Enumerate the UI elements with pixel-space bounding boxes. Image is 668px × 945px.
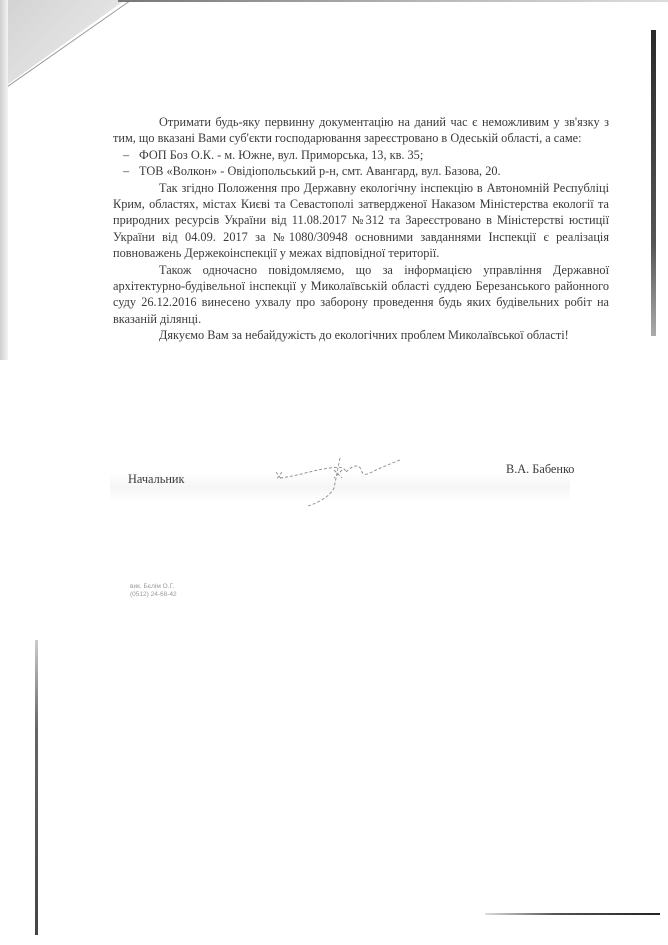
dash-bullet: – (123, 163, 129, 179)
scan-edge-top (118, 0, 668, 2)
scan-edge-right (651, 30, 656, 336)
signatory-title: Начальник (128, 472, 184, 487)
handwritten-signature-icon (268, 450, 408, 510)
list-item: – ФОП Боз О.К. - м. Южне, вул. Приморськ… (113, 147, 609, 163)
paragraph-thanks: Дякуємо Вам за небайдужість до екологічн… (113, 327, 609, 343)
executor-name: вик. Бєлім О.Г. (130, 583, 177, 591)
paragraph-documentation: Отримати будь-яку первинну документацію … (113, 114, 609, 147)
letter-body: Отримати будь-яку первинну документацію … (113, 114, 609, 344)
paragraph-court-ruling: Також одночасно повідомляємо, що за інфо… (113, 262, 609, 328)
paragraph-regulation: Так згідно Положення про Державну еколог… (113, 180, 609, 262)
executor-note: вик. Бєлім О.Г. (0512) 24-68-42 (130, 583, 177, 599)
signature-block: Начальник В.А. Бабенко (128, 462, 608, 492)
list-item-text: ФОП Боз О.К. - м. Южне, вул. Приморська,… (139, 148, 423, 162)
signatory-name: В.А. Бабенко (506, 462, 574, 477)
scan-shadow-left (0, 0, 8, 360)
entities-list: – ФОП Боз О.К. - м. Южне, вул. Приморськ… (113, 147, 609, 180)
scan-edge-left (35, 640, 38, 935)
list-item: – ТОВ «Волкон» - Овідіопольський р-н, см… (113, 163, 609, 179)
list-item-text: ТОВ «Волкон» - Овідіопольський р-н, смт.… (139, 164, 501, 178)
scan-edge-bottom (485, 913, 660, 915)
executor-phone: (0512) 24-68-42 (130, 591, 177, 599)
dash-bullet: – (123, 147, 129, 163)
